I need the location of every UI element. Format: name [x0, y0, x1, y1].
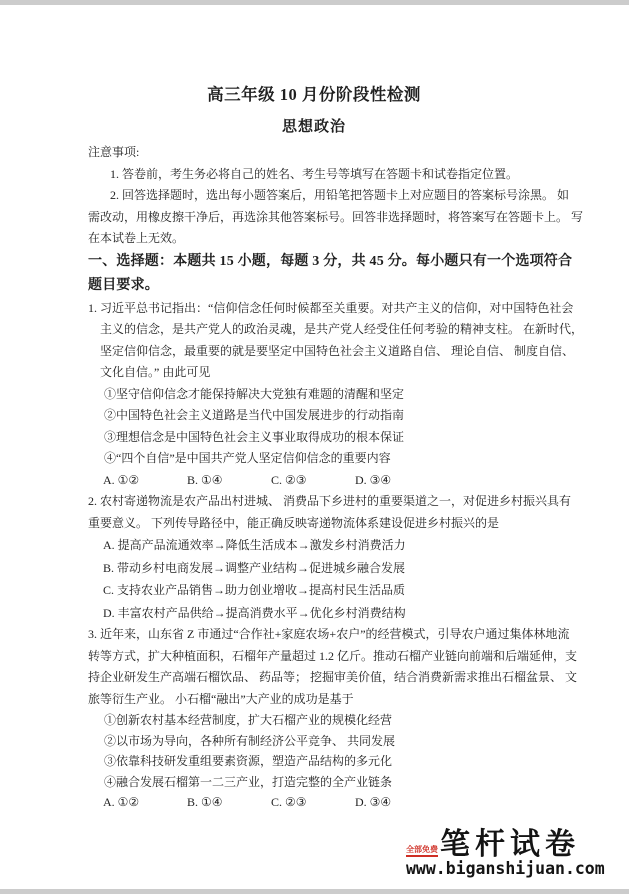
notice-section: 注意事项: 1. 答卷前，考生务必将自己的姓名、考生号等填写在答题卡和试卷指定位…: [88, 142, 558, 250]
question-2-option-a: A. 提高产品流通效率→降低生活成本→激发乡村消费活力: [103, 534, 558, 557]
section-1-heading-line-2: 题目要求。: [88, 274, 558, 298]
question-2-option-b: B. 带动乡村电商发展→调整产业结构→促进城乡融合发展: [103, 557, 558, 580]
question-2-text-line: 重要意义。 下列传导路径中，能正确反映寄递物流体系建设促进乡村振兴的是: [88, 513, 558, 535]
publisher-watermark: 全部免费 笔杆试卷 www.biganshijuan.com: [406, 830, 621, 879]
question-3: 3. 近年来，山东省 Z 市通过“合作社+家庭农场+农户”的经营模式，引导农户通…: [88, 624, 558, 813]
question-3-statement-4: ④融合发展石榴第一二三产业，打造完整的全产业链条: [104, 772, 558, 793]
question-1-statement-1: ①坚守信仰信念才能保持解决大党独有难题的清醒和坚定: [104, 384, 558, 406]
question-1-text-line: 坚定信仰信念，最重要的就是要坚定中国特色社会主义道路自信、 理论自信、 制度自信…: [100, 341, 558, 363]
question-1-text-line: 1. 习近平总书记指出：“信仰信念任何时候都至关重要。对共产主义的信仰，对中国特…: [88, 298, 558, 320]
page-bottom-edge: [0, 889, 629, 894]
question-3-text-line: 3. 近年来，山东省 Z 市通过“合作社+家庭农场+农户”的经营模式，引导农户通…: [88, 624, 558, 646]
question-1-statement-3: ③理想信念是中国特色社会主义事业取得成功的根本保证: [104, 427, 558, 449]
question-1-statement-4: ④“四个自信”是中国共产党人坚定信仰信念的重要内容: [104, 448, 558, 470]
watermark-url: www.biganshijuan.com: [406, 860, 621, 879]
exam-title: 高三年级 10 月份阶段性检测: [88, 84, 540, 106]
answer-choice-a: A. ①②: [103, 470, 187, 492]
notice-item-2-line-2: 需改动，用橡皮擦干净后，再选涂其他答案标号。回答非选择题时，将答案写在答题卡上。…: [88, 207, 558, 229]
question-3-statement-3: ③依靠科技研发重组要素资源，塑造产品结构的多元化: [104, 751, 558, 772]
question-1-text-line: 主义的信念，是共产党人的政治灵魂，是共产党人经受住任何考验的精神支柱。 在新时代…: [100, 319, 558, 341]
question-3-statement-2: ②以市场为导向，各种所有制经济公平竞争、 共同发展: [104, 731, 558, 752]
notice-heading: 注意事项:: [88, 142, 558, 164]
question-1: 1. 习近平总书记指出：“信仰信念任何时候都至关重要。对共产主义的信仰，对中国特…: [88, 298, 558, 492]
question-3-text-line: 旅等衍生产业。 小石榴“融出”大产业的成功是基于: [88, 689, 558, 711]
question-2: 2. 农村寄递物流是农产品出村进城、 消费品下乡进村的重要渠道之一，对促进乡村振…: [88, 491, 558, 624]
question-3-statement-1: ①创新农村基本经营制度，扩大石榴产业的规模化经营: [104, 710, 558, 731]
exam-paper-page: 高三年级 10 月份阶段性检测 思想政治 注意事项: 1. 答卷前，考生务必将自…: [0, 0, 629, 894]
page-top-edge: [0, 0, 629, 5]
answer-choice-d: D. ③④: [355, 470, 391, 492]
question-3-answer-row: A. ①②B. ①④C. ②③D. ③④: [103, 792, 558, 813]
answer-choice-b: B. ①④: [187, 470, 271, 492]
question-3-text-line: 持企业研发生产高端石榴饮品、 药品等； 挖掘审美价值，结合消费新需求推出石榴盆景…: [88, 667, 558, 689]
answer-choice-c: C. ②③: [271, 792, 355, 813]
exam-content: 高三年级 10 月份阶段性检测 思想政治 注意事项: 1. 答卷前，考生务必将自…: [88, 84, 558, 813]
exam-subject: 思想政治: [88, 116, 540, 138]
answer-choice-d: D. ③④: [355, 792, 391, 813]
answer-choice-c: C. ②③: [271, 470, 355, 492]
question-2-option-d: D. 丰富农村产品供给→提高消费水平→优化乡村消费结构: [103, 602, 558, 625]
section-1-heading: 一、选择题：本题共 15 小题，每题 3 分，共 45 分。每小题只有一个选项符…: [88, 250, 558, 298]
watermark-brand-logo: 笔杆试卷: [440, 830, 580, 860]
question-2-text-line: 2. 农村寄递物流是农产品出村进城、 消费品下乡进村的重要渠道之一，对促进乡村振…: [88, 491, 558, 513]
section-1-heading-line-1: 一、选择题：本题共 15 小题，每题 3 分，共 45 分。每小题只有一个选项符…: [88, 250, 558, 274]
answer-choice-a: A. ①②: [103, 792, 187, 813]
question-1-answer-row: A. ①②B. ①④C. ②③D. ③④: [103, 470, 558, 492]
notice-item-2-line-1: 2. 回答选择题时，选出每小题答案后，用铅笔把答题卡上对应题目的答案标号涂黑。 …: [110, 185, 558, 207]
question-1-statement-2: ②中国特色社会主义道路是当代中国发展进步的行动指南: [104, 405, 558, 427]
question-1-text-line: 文化自信。” 由此可见: [100, 362, 558, 384]
notice-item-1: 1. 答卷前，考生务必将自己的姓名、考生号等填写在答题卡和试卷指定位置。: [110, 164, 558, 186]
question-2-option-c: C. 支持农业产品销售→助力创业增收→提高村民生活品质: [103, 579, 558, 602]
notice-item-2-line-3: 在本试卷上无效。: [88, 228, 558, 250]
watermark-free-badge: 全部免费: [406, 846, 438, 857]
question-3-text-line: 转等方式，扩大种植面积，石榴年产量超过 1.2 亿斤。推动石榴产业链向前端和后端…: [88, 646, 558, 668]
answer-choice-b: B. ①④: [187, 792, 271, 813]
